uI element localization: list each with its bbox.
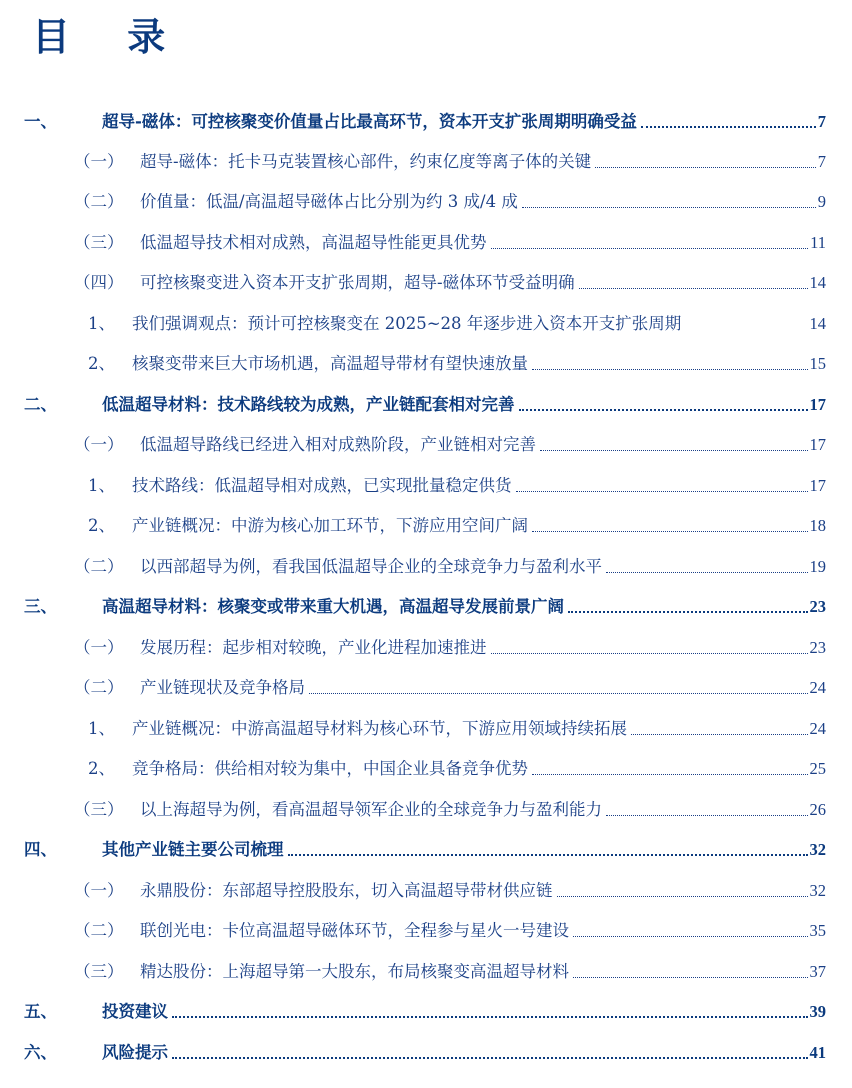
toc-number: （四） bbox=[0, 273, 140, 293]
toc-entry-3-2[interactable]: （二） 产业链现状及竞争格局 24 bbox=[0, 666, 852, 698]
toc-number: 1、 bbox=[0, 476, 132, 496]
toc-entry-1-4-2[interactable]: 2、 核聚变带来巨大市场机遇，高温超导带材有望快速放量 15 bbox=[0, 342, 852, 374]
toc-entry-1-3[interactable]: （三） 低温超导技术相对成熟，高温超导性能更具优势 11 bbox=[0, 221, 852, 253]
dot-leader bbox=[595, 166, 816, 168]
dot-leader bbox=[579, 287, 808, 289]
toc-entry-1-1[interactable]: （一） 超导-磁体：托卡马克装置核心部件，约束亿度等离子体的关键 7 bbox=[0, 140, 852, 172]
toc-label: 技术路线：低温超导相对成熟，已实现批量稳定供货 bbox=[132, 476, 512, 496]
toc-label: 产业链现状及竞争格局 bbox=[140, 678, 305, 698]
toc-label: 发展历程：起步相对较晚，产业化进程加速推进 bbox=[140, 638, 487, 658]
toc-page-number: 25 bbox=[810, 759, 852, 779]
toc-label: 低温超导技术相对成熟，高温超导性能更具优势 bbox=[140, 233, 487, 253]
toc-label: 超导-磁体：托卡马克装置核心部件，约束亿度等离子体的关键 bbox=[140, 152, 591, 172]
toc-page-number: 14 bbox=[810, 314, 852, 334]
dot-leader bbox=[641, 125, 816, 128]
toc-number: 一、 bbox=[0, 112, 102, 132]
toc-entry-1-4[interactable]: （四） 可控核聚变进入资本开支扩张周期，超导-磁体环节受益明确 14 bbox=[0, 261, 852, 293]
toc-number: （一） bbox=[0, 638, 140, 658]
toc-page-number: 23 bbox=[810, 638, 852, 658]
dot-leader bbox=[557, 895, 808, 897]
dot-leader bbox=[522, 206, 816, 208]
toc-page-number: 14 bbox=[810, 273, 852, 293]
dot-leader bbox=[491, 652, 808, 654]
toc-entry-2-2[interactable]: （二） 以西部超导为例，看我国低温超导企业的全球竞争力与盈利水平 19 bbox=[0, 545, 852, 577]
dot-leader bbox=[573, 976, 808, 978]
toc-entry-4-2[interactable]: （二） 联创光电：卡位高温超导磁体环节，全程参与星火一号建设 35 bbox=[0, 909, 852, 941]
toc-page-number: 26 bbox=[810, 800, 852, 820]
dot-leader bbox=[631, 733, 808, 735]
toc-number: 四、 bbox=[0, 840, 102, 860]
toc-number: （一） bbox=[0, 152, 140, 172]
toc-page-number: 39 bbox=[810, 1002, 852, 1022]
toc-label: 投资建议 bbox=[102, 1002, 168, 1022]
toc-label: 低温超导材料：技术路线较为成熟，产业链配套相对完善 bbox=[102, 395, 515, 415]
toc-label: 其他产业链主要公司梳理 bbox=[102, 840, 284, 860]
toc-entry-2[interactable]: 二、 低温超导材料：技术路线较为成熟，产业链配套相对完善 17 bbox=[0, 383, 852, 415]
toc-label: 超导-磁体：可控核聚变价值量占比最高环节，资本开支扩张周期明确受益 bbox=[102, 112, 637, 132]
toc-label: 我们强调观点：预计可控核聚变在 2025~28 年逐步进入资本开支扩张周期 bbox=[132, 314, 681, 334]
dot-leader bbox=[309, 692, 808, 694]
toc-page-number: 7 bbox=[818, 112, 852, 132]
toc-number: （三） bbox=[0, 800, 140, 820]
toc-page-number: 17 bbox=[810, 476, 852, 496]
toc-number: （二） bbox=[0, 678, 140, 698]
dot-leader bbox=[288, 853, 808, 856]
toc-number: 五、 bbox=[0, 1002, 102, 1022]
dot-leader bbox=[491, 247, 809, 249]
toc-entry-2-1-2[interactable]: 2、 产业链概况：中游为核心加工环节，下游应用空间广阔 18 bbox=[0, 504, 852, 536]
toc-entry-3-1[interactable]: （一） 发展历程：起步相对较晚，产业化进程加速推进 23 bbox=[0, 626, 852, 658]
toc-label: 竞争格局：供给相对较为集中，中国企业具备竞争优势 bbox=[132, 759, 528, 779]
toc-entry-2-1[interactable]: （一） 低温超导路线已经进入相对成熟阶段，产业链相对完善 17 bbox=[0, 423, 852, 455]
toc-entry-3[interactable]: 三、 高温超导材料：核聚变或带来重大机遇，高温超导发展前景广阔 23 bbox=[0, 585, 852, 617]
toc-page-number: 17 bbox=[810, 395, 852, 415]
toc-number: （三） bbox=[0, 962, 140, 982]
toc-label: 精达股份：上海超导第一大股东，布局核聚变高温超导材料 bbox=[140, 962, 569, 982]
toc-number: 2、 bbox=[0, 759, 132, 779]
toc-number: （一） bbox=[0, 435, 140, 455]
toc-label: 以上海超导为例，看高温超导领军企业的全球竞争力与盈利能力 bbox=[140, 800, 602, 820]
toc-entry-3-3[interactable]: （三） 以上海超导为例，看高温超导领军企业的全球竞争力与盈利能力 26 bbox=[0, 788, 852, 820]
toc-label: 价值量：低温/高温超导磁体占比分别为约 3 成/4 成 bbox=[140, 192, 518, 212]
toc-number: 三、 bbox=[0, 597, 102, 617]
toc-page-number: 35 bbox=[810, 921, 852, 941]
toc-label: 联创光电：卡位高温超导磁体环节，全程参与星火一号建设 bbox=[140, 921, 569, 941]
toc-page-number: 17 bbox=[810, 435, 852, 455]
toc-label: 核聚变带来巨大市场机遇，高温超导带材有望快速放量 bbox=[132, 354, 528, 374]
dot-leader bbox=[172, 1015, 808, 1018]
toc-page-number: 11 bbox=[810, 233, 852, 253]
toc-entry-5[interactable]: 五、 投资建议 39 bbox=[0, 990, 852, 1022]
toc-number: （一） bbox=[0, 881, 140, 901]
page-title: 目 录 bbox=[32, 12, 187, 62]
toc-number: （三） bbox=[0, 233, 140, 253]
toc-number: 1、 bbox=[0, 719, 132, 739]
toc-number: 二、 bbox=[0, 395, 102, 415]
dot-leader bbox=[516, 490, 808, 492]
toc-entry-4-1[interactable]: （一） 永鼎股份：东部超导控股股东，切入高温超导带材供应链 32 bbox=[0, 869, 852, 901]
toc-entry-3-2-1[interactable]: 1、 产业链概况：中游高温超导材料为核心环节，下游应用领域持续拓展 24 bbox=[0, 707, 852, 739]
toc-number: （二） bbox=[0, 921, 140, 941]
toc-page-number: 37 bbox=[810, 962, 852, 982]
dot-leader bbox=[606, 814, 808, 816]
toc-page-number: 32 bbox=[810, 840, 852, 860]
toc-entry-4[interactable]: 四、 其他产业链主要公司梳理 32 bbox=[0, 828, 852, 860]
toc-label: 高温超导材料：核聚变或带来重大机遇，高温超导发展前景广阔 bbox=[102, 597, 564, 617]
dot-leader bbox=[540, 449, 808, 451]
toc-entry-3-2-2[interactable]: 2、 竞争格局：供给相对较为集中，中国企业具备竞争优势 25 bbox=[0, 747, 852, 779]
toc-label: 可控核聚变进入资本开支扩张周期，超导-磁体环节受益明确 bbox=[140, 273, 575, 293]
dot-leader bbox=[681, 333, 809, 334]
toc-number: （二） bbox=[0, 557, 140, 577]
toc-entry-6[interactable]: 六、 风险提示 41 bbox=[0, 1031, 852, 1063]
dot-leader bbox=[532, 368, 808, 370]
toc-page-number: 9 bbox=[818, 192, 852, 212]
toc-label: 以西部超导为例，看我国低温超导企业的全球竞争力与盈利水平 bbox=[140, 557, 602, 577]
toc-number: 六、 bbox=[0, 1043, 102, 1063]
toc-page-number: 18 bbox=[810, 516, 852, 536]
toc-page-number: 24 bbox=[810, 719, 852, 739]
toc-label: 产业链概况：中游高温超导材料为核心环节，下游应用领域持续拓展 bbox=[132, 719, 627, 739]
dot-leader bbox=[172, 1056, 808, 1059]
dot-leader bbox=[532, 530, 808, 532]
toc-number: 2、 bbox=[0, 354, 132, 374]
toc-page-number: 32 bbox=[810, 881, 852, 901]
toc-label: 低温超导路线已经进入相对成熟阶段，产业链相对完善 bbox=[140, 435, 536, 455]
toc-page-number: 23 bbox=[810, 597, 852, 617]
toc-label: 产业链概况：中游为核心加工环节，下游应用空间广阔 bbox=[132, 516, 528, 536]
toc-label: 永鼎股份：东部超导控股股东，切入高温超导带材供应链 bbox=[140, 881, 553, 901]
toc-entry-1-2[interactable]: （二） 价值量：低温/高温超导磁体占比分别为约 3 成/4 成 9 bbox=[0, 180, 852, 212]
dot-leader bbox=[606, 571, 808, 573]
toc-page-number: 15 bbox=[810, 354, 852, 374]
toc-page-number: 24 bbox=[810, 678, 852, 698]
toc-entry-4-3[interactable]: （三） 精达股份：上海超导第一大股东，布局核聚变高温超导材料 37 bbox=[0, 950, 852, 982]
toc-entry-1[interactable]: 一、 超导-磁体：可控核聚变价值量占比最高环节，资本开支扩张周期明确受益 7 bbox=[0, 100, 852, 132]
dot-leader bbox=[573, 935, 808, 937]
toc-page-number: 7 bbox=[818, 152, 852, 172]
toc-label: 风险提示 bbox=[102, 1043, 168, 1063]
toc-number: （二） bbox=[0, 192, 140, 212]
toc-number: 2、 bbox=[0, 516, 132, 536]
toc-page-number: 41 bbox=[810, 1043, 852, 1063]
toc-entry-1-4-1[interactable]: 1、 我们强调观点：预计可控核聚变在 2025~28 年逐步进入资本开支扩张周期… bbox=[0, 302, 852, 334]
toc-number: 1、 bbox=[0, 314, 132, 334]
dot-leader bbox=[568, 610, 808, 613]
dot-leader bbox=[532, 773, 808, 775]
toc-page-number: 19 bbox=[810, 557, 852, 577]
dot-leader bbox=[519, 408, 808, 411]
toc-entry-2-1-1[interactable]: 1、 技术路线：低温超导相对成熟，已实现批量稳定供货 17 bbox=[0, 464, 852, 496]
